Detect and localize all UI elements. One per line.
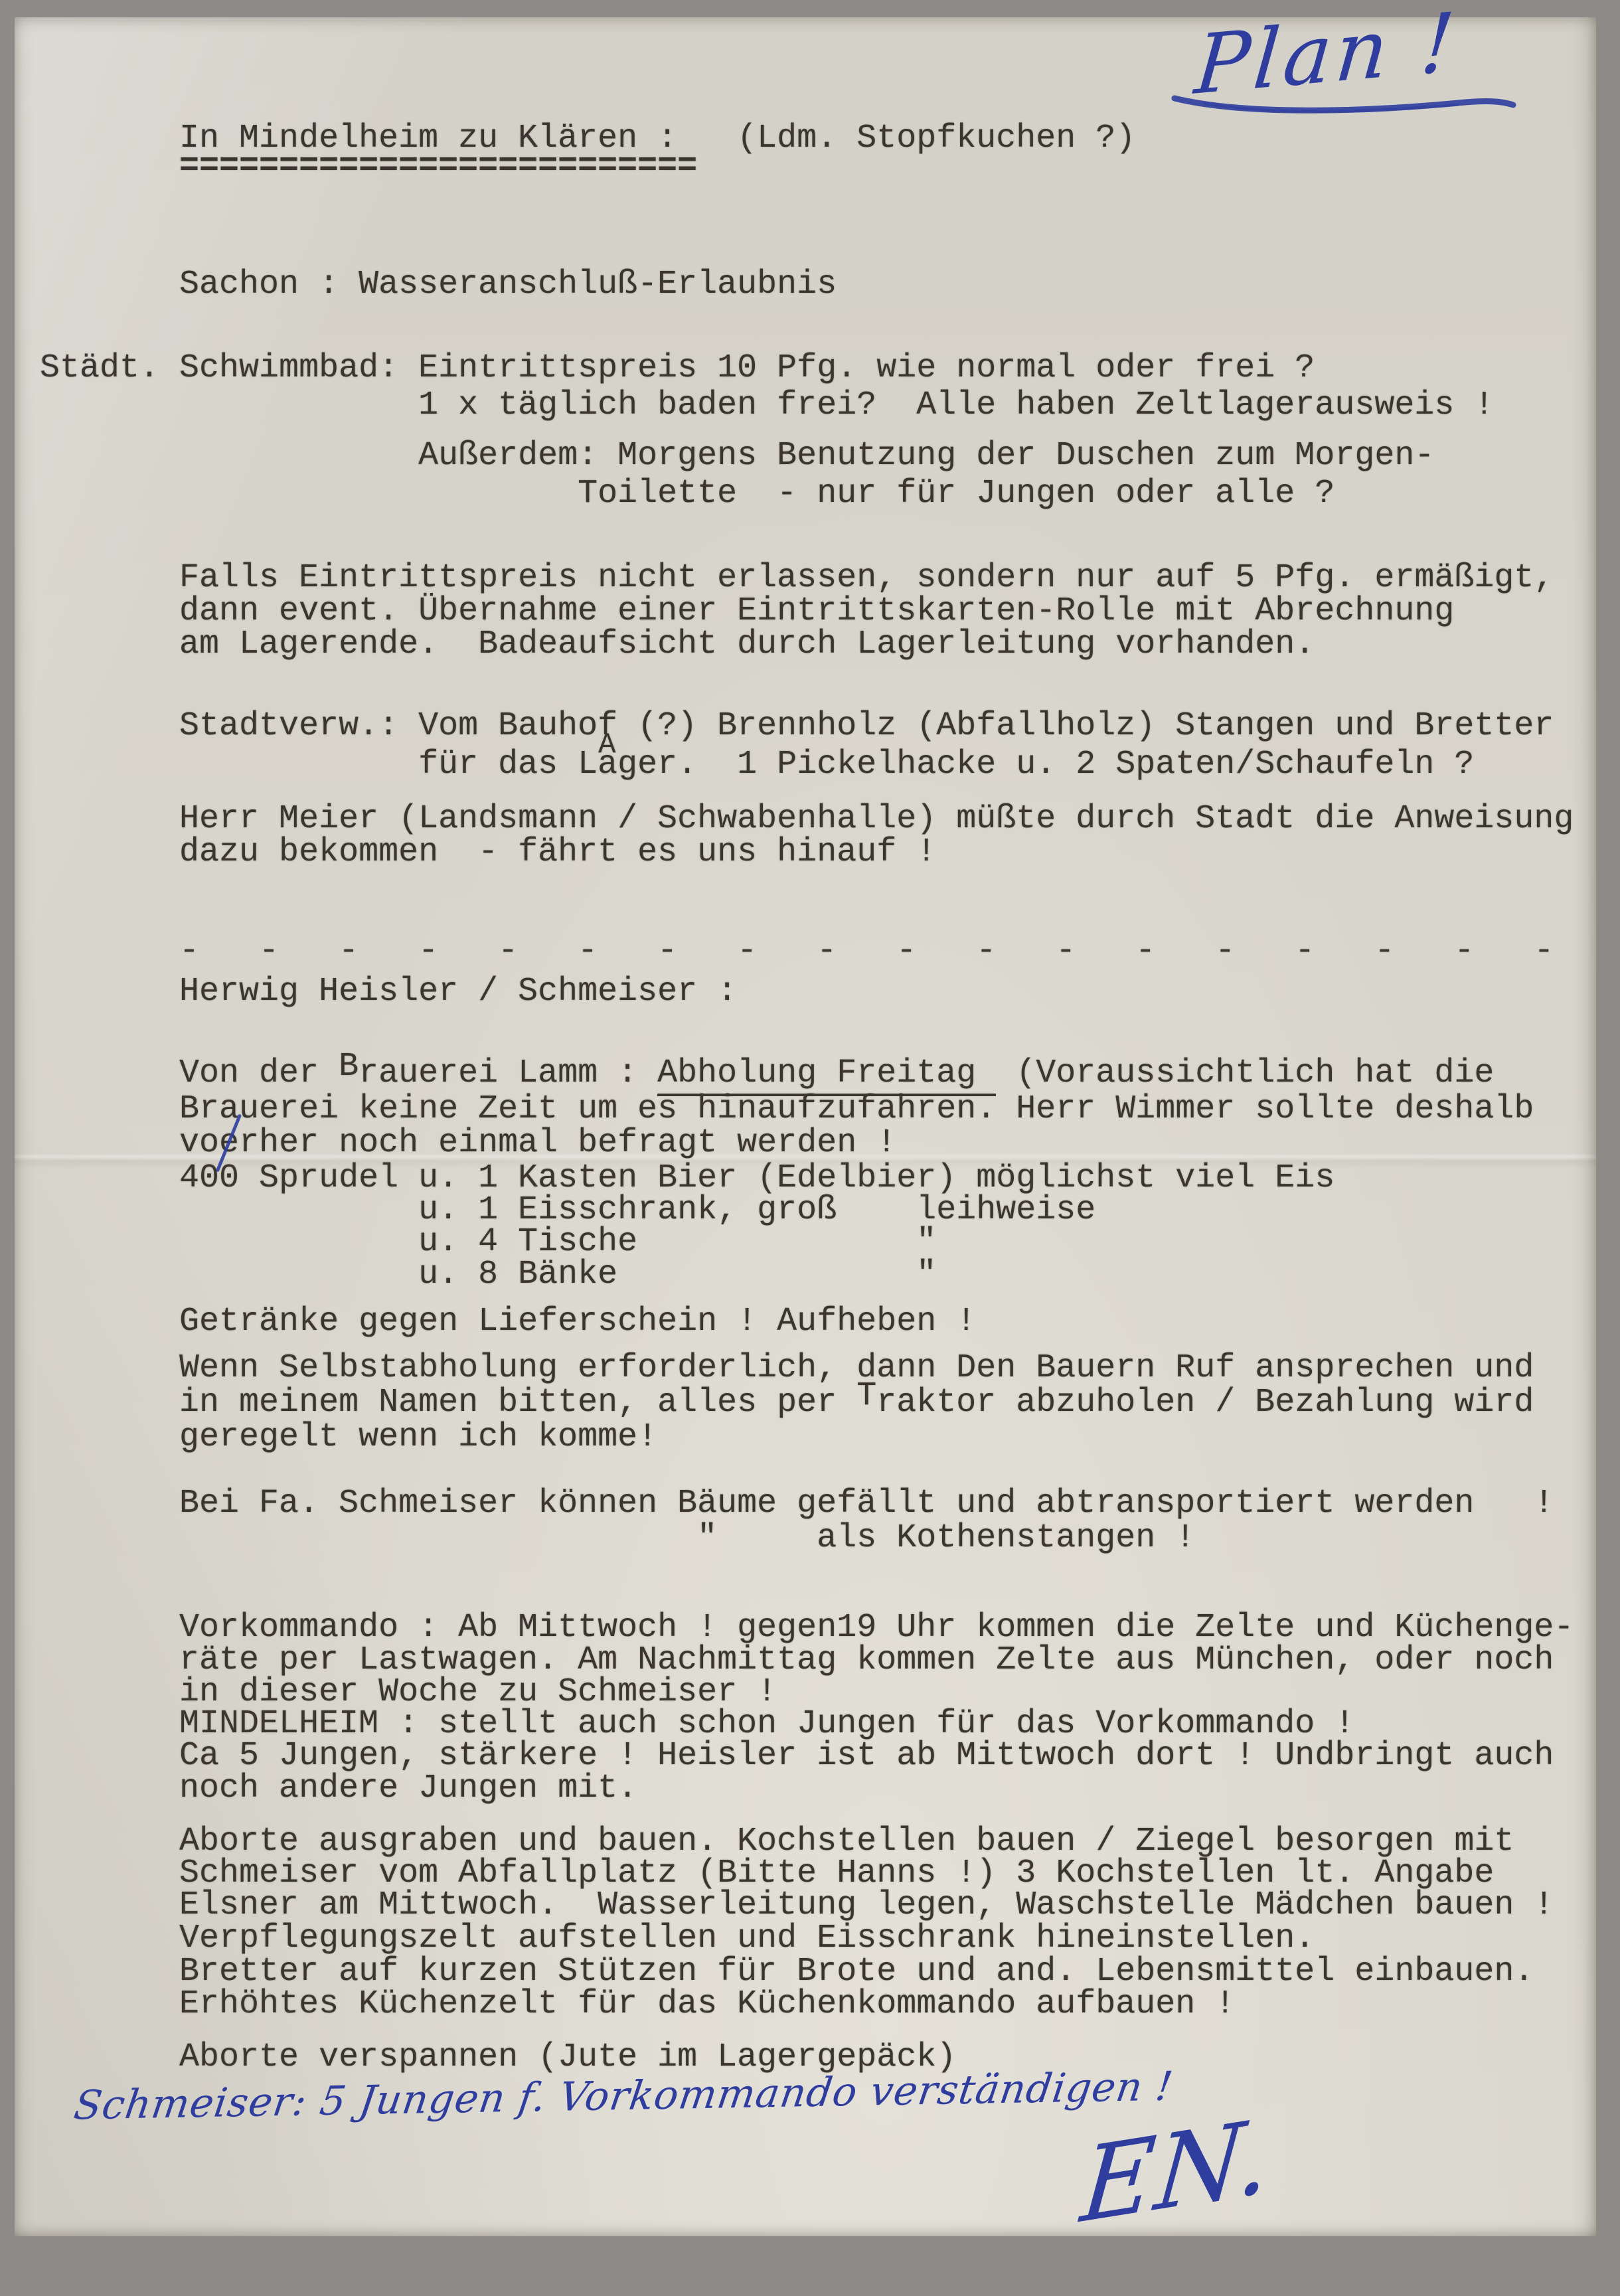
- typed-line-schwimmbad-1: Städt. Schwimmbad: Eintrittspreis 10 Pfg…: [40, 352, 1315, 385]
- typed-line-wenn-2: in meinem Namen bitten, alles per Trakto…: [40, 1386, 1534, 1420]
- typed-line-sachon: Sachon : Wasseranschluß-Erlaubnis: [40, 268, 837, 301]
- correction-letter: A: [598, 730, 615, 760]
- typed-line-aborte-5: Bretter auf kurzen Stützen für Brote und…: [40, 1955, 1534, 1989]
- typed-line-brauerei-3: voerher noch einmal befragt werden !: [40, 1127, 896, 1160]
- typed-line-stadtverw-2: für das LAager. 1 Pickelhacke u. 2 Spate…: [40, 748, 1474, 781]
- text-fragment: ger. 1 Pickelhacke u. 2 Spaten/Schaufeln…: [617, 746, 1474, 783]
- text-fragment: vo: [40, 1124, 219, 1162]
- typed-line-herwig: Herwig Heisler / Schmeiser :: [40, 975, 737, 1009]
- typed-line-sprudel-2: u. 1 Eisschrank, groß leihweise: [40, 1194, 1095, 1227]
- typed-line-vorkommando-1: Vorkommando : Ab Mittwoch ! gegen19 Uhr …: [40, 1611, 1574, 1645]
- typed-line-aborte-4: Verpflegungszelt aufstellen und Eisschra…: [40, 1922, 1315, 1955]
- typed-line-herrmeier-1: Herr Meier (Landsmann / Schwabenhalle) m…: [40, 803, 1574, 836]
- text-fragment: für das L: [40, 746, 598, 783]
- typed-line-stadtverw-1: Stadtverw.: Vom Bauhof (?) Brennholz (Ab…: [40, 710, 1554, 743]
- typed-line-brauerei-1: Von der Brauerei Lamm : Abholung Freitag…: [40, 1057, 1494, 1090]
- text-fragment: rher noch einmal befragt werden !: [239, 1124, 896, 1162]
- typed-line-schwimmbad-4: Toilette - nur für Jungen oder alle ?: [40, 477, 1335, 511]
- typed-line-vorkommando-3: in dieser Woche zu Schmeiser !: [40, 1676, 777, 1709]
- typed-line-schwimmbad-3: Außerdem: Morgens Benutzung der Duschen …: [40, 440, 1434, 473]
- typed-line-sprudel-3: u. 4 Tische ": [40, 1226, 936, 1259]
- typed-line-beifa-1: Bei Fa. Schmeiser können Bäume gefällt u…: [40, 1487, 1554, 1520]
- typed-line-schwimmbad-2: 1 x täglich baden frei? Alle haben Zeltl…: [40, 389, 1494, 422]
- overtyped-correction: Aa: [598, 748, 617, 781]
- typed-line-sprudel-4: u. 8 Bänke ": [40, 1258, 936, 1291]
- text-fragment: Von der: [40, 1054, 339, 1092]
- typed-line-vorkommando-6: noch andere Jungen mit.: [40, 1772, 637, 1805]
- typed-line-falls-3: am Lagerende. Badeaufsicht durch Lagerle…: [40, 628, 1315, 661]
- typed-line-falls-1: Falls Eintrittspreis nicht erlassen, son…: [40, 562, 1554, 595]
- typed-line-vorkommando-5: Ca 5 Jungen, stärkere ! Heisler ist ab M…: [40, 1740, 1554, 1773]
- typed-line-beifa-2: " als Kothenstangen !: [40, 1522, 1195, 1555]
- text-fragment: (Voraussichtlich hat die: [996, 1054, 1494, 1092]
- text-fragment: raktor abzuholen / Bezahlung wird: [876, 1384, 1534, 1422]
- typed-line-aborte-1: Aborte ausgraben und bauen. Kochstellen …: [40, 1825, 1514, 1858]
- typed-line-aborte-6: Erhöhtes Küchenzelt für das Küchenkomman…: [40, 1988, 1235, 2021]
- typed-line-getraenke: Getränke gegen Lieferschein ! Aufheben !: [40, 1305, 976, 1339]
- raised-letter: T: [856, 1380, 876, 1413]
- typed-line-falls-2: dann event. Übernahme einer Eintrittskar…: [40, 595, 1454, 628]
- typed-line-brauerei-2: Brauerei keine Zeit um es hinaufzufahren…: [40, 1093, 1534, 1126]
- typed-line-wenn-1: Wenn Selbstabholung erforderlich, dann D…: [40, 1352, 1534, 1385]
- typed-line-aborte-3: Elsner am Mittwoch. Wasserleitung legen,…: [40, 1889, 1554, 1922]
- text-fragment: rauerei Lamm :: [359, 1054, 657, 1092]
- text-fragment: in meinem Namen bitten, alles per: [40, 1384, 856, 1422]
- pen-struck-letter: e: [219, 1127, 239, 1160]
- typed-line-title-rule: ==========================: [40, 150, 697, 183]
- typed-divider-dashes: - - - - - - - - - - - - - - - - - -: [40, 935, 1554, 968]
- raised-letter: B: [339, 1050, 359, 1084]
- typed-line-herrmeier-2: dazu bekommen - fährt es uns hinauf !: [40, 836, 936, 869]
- scanner-background: In Mindelheim zu Klären : (Ldm. Stopfkuc…: [0, 0, 1620, 2296]
- plan-underline-stroke: [1165, 78, 1524, 131]
- typed-line-vorkommando-4: MINDELHEIM : stellt auch schon Jungen fü…: [40, 1708, 1354, 1741]
- typed-line-aborte-2: Schmeiser vom Abfallplatz (Bitte Hanns !…: [40, 1857, 1494, 1890]
- typed-line-sprudel-1: 400 Sprudel u. 1 Kasten Bier (Edelbier) …: [40, 1162, 1335, 1195]
- typed-line-vorkommando-2: räte per Lastwagen. Am Nachmittag kommen…: [40, 1644, 1554, 1677]
- typed-line-wenn-3: geregelt wenn ich komme!: [40, 1421, 657, 1454]
